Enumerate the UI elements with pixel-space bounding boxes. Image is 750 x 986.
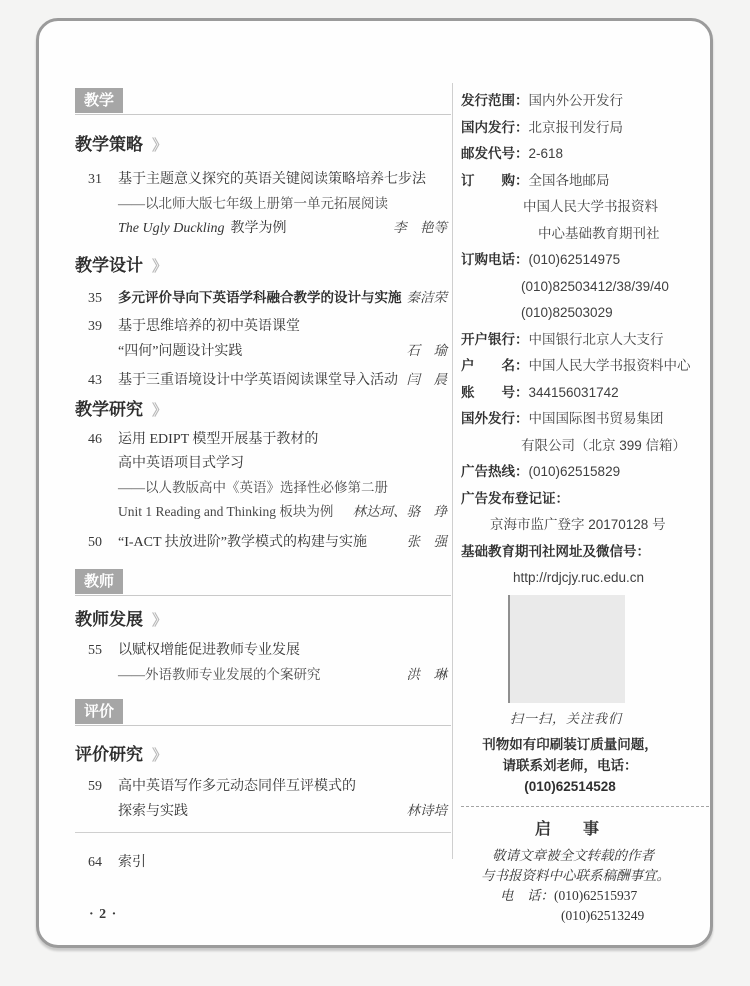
section-badge-teaching: 教学	[75, 88, 123, 113]
toc-entry-line: ——以人教版高中《英语》选择性必修第二册	[75, 476, 451, 500]
toc-entry-line: 高中英语项目式学习	[75, 452, 451, 476]
toc-entry: 43 基于三重语境设计中学英语阅读课堂导入活动 闫 晨	[75, 368, 451, 393]
info-value: 全国各地邮局	[529, 173, 610, 188]
notice-line: 刊物如有印刷装订质量问题，	[461, 734, 679, 755]
toc-entry-line: 31 基于主题意义探究的英语关键阅读策略培养七步法	[75, 168, 451, 192]
group-heading-teaching-research: 教学研究》	[75, 397, 451, 424]
info-value: 有限公司（北京 399 信箱）	[521, 438, 686, 453]
notice-line: 请联系刘老师，电话：(010)62514528	[461, 755, 679, 797]
entry-title: 探索与实践	[118, 800, 188, 824]
toc-entry-line: ——以北师大版七年级上册第一单元拓展阅读	[75, 192, 451, 216]
entry-author: 林诗培	[407, 799, 452, 823]
info-row: 发行范围：国内外公开发行	[461, 88, 709, 115]
info-value: 国内外公开发行	[529, 93, 624, 108]
section-teaching: 教学	[75, 88, 451, 115]
website-url: http://rdjcjy.ruc.edu.cn	[513, 570, 644, 585]
toc-entry-line: “四何”问题设计实践 石 瑜	[75, 339, 451, 364]
group-heading-label: 教学策略	[75, 135, 143, 154]
info-value: 中国银行北京人大支行	[529, 332, 664, 347]
chevron-icon: 》	[152, 138, 167, 154]
announcement-line: 敬请文章被全文转载的作者	[461, 846, 709, 866]
publication-info-column: 发行范围：国内外公开发行 国内发行：北京报刊发行局 邮发代号：2-618 订 购…	[461, 88, 709, 926]
qr-caption: 扫一扫，关注我们	[476, 708, 656, 727]
entry-subtitle: ——以北师大版七年级上册第一单元拓展阅读	[118, 192, 388, 216]
info-value: (010)62514975	[529, 252, 621, 267]
info-value: 中心基础教育期刊社	[538, 226, 660, 241]
info-value: (010)62515829	[529, 464, 621, 479]
qr-code-placeholder	[508, 595, 625, 703]
toc-entry-line: 43 基于三重语境设计中学英语阅读课堂导入活动 闫 晨	[75, 368, 451, 393]
scanned-journal-toc-page: { "colors": { "page_bg": "#f4f4f3", "car…	[0, 0, 750, 986]
phone-number: (010)62513249	[561, 908, 644, 923]
info-row: 国外发行：中国国际图书贸易集团	[461, 406, 709, 433]
toc-divider-line	[75, 832, 451, 833]
announcement: 启 事 敬请文章被全文转载的作者 与书报资料中心联系稿酬事宜。 电 话：(010…	[461, 819, 709, 926]
info-value: 京海市监广登字 20170128 号	[490, 517, 666, 532]
info-row: 开户银行：中国银行北京人大支行	[461, 327, 709, 354]
info-row: 户 名：中国人民大学书报资料中心	[461, 353, 709, 380]
entry-page-number: 43	[75, 369, 118, 393]
entry-page-number: 50	[75, 531, 118, 555]
toc-entry: 59 高中英语写作多元动态同伴互评模式的 探索与实践 林诗培	[75, 775, 451, 824]
info-label: 账 号：	[461, 385, 529, 400]
info-row: (010)82503412/38/39/40	[461, 274, 709, 301]
info-value: 中国国际图书贸易集团	[529, 411, 664, 426]
entry-title: 多元评价导向下英语学科融合教学的设计与实施	[118, 286, 402, 310]
announcement-phone: (010)62513249	[461, 906, 709, 926]
info-label: 邮发代号：	[461, 146, 529, 161]
toc-entry: 55 以赋权增能促进教师专业发展 ——外语教师专业发展的个案研究 洪 琳	[75, 639, 451, 687]
info-label: 发行范围：	[461, 93, 529, 108]
toc-entry-line: ——外语教师专业发展的个案研究 洪 琳	[75, 663, 451, 687]
group-heading-label: 教学研究	[75, 400, 143, 419]
entry-author: 秦洁荣	[407, 286, 452, 310]
entry-page-number: 64	[75, 851, 118, 875]
info-row: 订 购：全国各地邮局	[461, 168, 709, 195]
info-label: 订购电话：	[461, 252, 529, 267]
entry-page-number: 55	[75, 639, 118, 663]
section-badge-evaluation: 评价	[75, 699, 123, 724]
group-heading-teacher-development: 教师发展》	[75, 607, 451, 634]
section-badge-teachers: 教师	[75, 569, 123, 594]
page-number: · 2 ·	[75, 903, 451, 927]
info-label: 基础教育期刊社网址及微信号：	[461, 544, 650, 559]
toc-entry-line: 55 以赋权增能促进教师专业发展	[75, 639, 451, 663]
toc-entry-line: 46 运用 EDIPT 模型开展基于教材的	[75, 428, 451, 452]
info-value: 2-618	[529, 146, 564, 161]
info-value: 中国人民大学书报资料中心	[529, 358, 691, 373]
info-row: 有限公司（北京 399 信箱）	[461, 433, 709, 460]
info-row: 广告热线：(010)62515829	[461, 459, 709, 486]
info-label: 广告发布登记证：	[461, 491, 569, 506]
entry-author: 闫 晨	[407, 368, 452, 392]
info-label: 开户银行：	[461, 332, 529, 347]
entry-page-number: 39	[75, 315, 118, 339]
info-row: 账 号：344156031742	[461, 380, 709, 407]
entry-title: 基于思维培养的初中英语课堂	[118, 315, 300, 339]
entry-title: “I-ACT 扶放进阶”教学模式的构建与实施	[118, 531, 367, 555]
entry-author: 李 艳等	[393, 216, 451, 240]
section-teachers: 教师	[75, 569, 451, 596]
index-entry: 64 索引	[75, 851, 451, 875]
group-heading-label: 教学设计	[75, 256, 143, 275]
chevron-icon: 》	[152, 613, 167, 629]
toc-entry: 39 基于思维培养的初中英语课堂 “四何”问题设计实践 石 瑜	[75, 315, 451, 364]
toc-entry-line: Unit 1 Reading and Thinking 板块为例 林达珂、骆 琤	[75, 500, 451, 524]
entry-subtitle: ——外语教师专业发展的个案研究	[118, 663, 321, 687]
toc-entry-line: 50 “I-ACT 扶放进阶”教学模式的构建与实施 张 强	[75, 530, 451, 555]
entry-page-number: 35	[75, 287, 118, 311]
entry-subtitle: 教学为例	[231, 221, 287, 236]
info-value: 中国人民大学书报资料	[523, 199, 658, 214]
info-value: (010)82503029	[521, 305, 613, 320]
toc-entry-line: The Ugly Duckling教学为例 李 艳等	[75, 216, 451, 241]
toc-entry: 35 多元评价导向下英语学科融合教学的设计与实施 秦洁荣	[75, 286, 451, 311]
info-value: 344156031742	[529, 385, 619, 400]
entry-title: 基于主题意义探究的英语关键阅读策略培养七步法	[118, 168, 426, 192]
announcement-phone: 电 话：(010)62515937	[461, 886, 709, 906]
info-row: 订购电话：(010)62514975	[461, 247, 709, 274]
entry-title: 以赋权增能促进教师专业发展	[118, 639, 300, 663]
entry-author: 石 瑜	[407, 339, 452, 363]
group-heading-evaluation-research: 评价研究》	[75, 742, 451, 769]
info-row: 基础教育期刊社网址及微信号：	[461, 539, 709, 566]
entry-subtitle: Unit 1 Reading and Thinking 板块为例	[118, 500, 333, 524]
info-label: 订 购：	[461, 173, 529, 188]
info-row: 广告发布登记证：	[461, 486, 709, 513]
announcement-title: 启 事	[461, 819, 681, 841]
dashed-separator	[461, 806, 709, 807]
entry-title: 运用 EDIPT 模型开展基于教材的	[118, 428, 318, 452]
toc-entry: 50 “I-ACT 扶放进阶”教学模式的构建与实施 张 强	[75, 530, 451, 555]
entry-page-number: 46	[75, 428, 118, 452]
group-heading-teaching-strategy: 教学策略》	[75, 132, 451, 159]
info-value: (010)82503412/38/39/40	[521, 279, 669, 294]
info-row: 中国人民大学书报资料	[461, 194, 709, 221]
entry-author: 张 强	[407, 530, 452, 554]
page-card: 教学 教学策略》 31 基于主题意义探究的英语关键阅读策略培养七步法 ——以北师…	[36, 18, 713, 948]
group-heading-teaching-design: 教学设计》	[75, 253, 451, 280]
info-row: 国内发行：北京报刊发行局	[461, 115, 709, 142]
announcement-line: 与书报资料中心联系稿酬事宜。	[461, 866, 709, 886]
info-row: http://rdjcjy.ruc.edu.cn	[461, 565, 709, 592]
print-quality-notice: 刊物如有印刷装订质量问题， 请联系刘老师，电话：(010)62514528	[461, 734, 679, 797]
toc-entry-line: 59 高中英语写作多元动态同伴互评模式的	[75, 775, 451, 799]
toc-column: 教学 教学策略》 31 基于主题意义探究的英语关键阅读策略培养七步法 ——以北师…	[75, 88, 451, 927]
info-label: 国内发行：	[461, 120, 529, 135]
entry-author: 洪 琳	[407, 663, 452, 687]
info-label: 广告热线：	[461, 464, 529, 479]
toc-entry: 46 运用 EDIPT 模型开展基于教材的 高中英语项目式学习 ——以人教版高中…	[75, 428, 451, 524]
toc-entry-line: 39 基于思维培养的初中英语课堂	[75, 315, 451, 339]
entry-title: 高中英语写作多元动态同伴互评模式的	[118, 775, 356, 799]
entry-title: “四何”问题设计实践	[118, 340, 242, 364]
info-row: (010)82503029	[461, 300, 709, 327]
column-divider	[452, 83, 453, 859]
toc-entry-line: 探索与实践 林诗培	[75, 799, 451, 824]
index-label: 索引	[118, 851, 146, 875]
chevron-icon: 》	[152, 259, 167, 275]
entry-english-title: The Ugly Duckling	[118, 221, 225, 236]
group-heading-label: 教师发展	[75, 610, 143, 629]
info-row: 中心基础教育期刊社	[461, 221, 709, 248]
phone-number: (010)62515937	[554, 888, 637, 903]
section-evaluation: 评价	[75, 699, 451, 726]
info-row: 京海市监广登字 20170128 号	[461, 512, 709, 539]
info-value: 北京报刊发行局	[529, 120, 624, 135]
group-heading-label: 评价研究	[75, 745, 143, 764]
chevron-icon: 》	[152, 403, 167, 419]
entry-title: 基于三重语境设计中学英语阅读课堂导入活动	[118, 369, 398, 393]
chevron-icon: 》	[152, 748, 167, 764]
entry-subtitle: ——以人教版高中《英语》选择性必修第二册	[118, 476, 388, 500]
phone-label: 电 话：	[500, 888, 554, 903]
entry-author: 林达珂、骆 琤	[353, 500, 452, 524]
toc-entry: 31 基于主题意义探究的英语关键阅读策略培养七步法 ——以北师大版七年级上册第一…	[75, 168, 451, 241]
info-label: 户 名：	[461, 358, 529, 373]
info-label: 国外发行：	[461, 411, 529, 426]
entry-page-number: 31	[75, 168, 118, 192]
toc-entry-line: 35 多元评价导向下英语学科融合教学的设计与实施 秦洁荣	[75, 286, 451, 311]
entry-title: 高中英语项目式学习	[118, 452, 244, 476]
entry-page-number: 59	[75, 775, 118, 799]
info-row: 邮发代号：2-618	[461, 141, 709, 168]
